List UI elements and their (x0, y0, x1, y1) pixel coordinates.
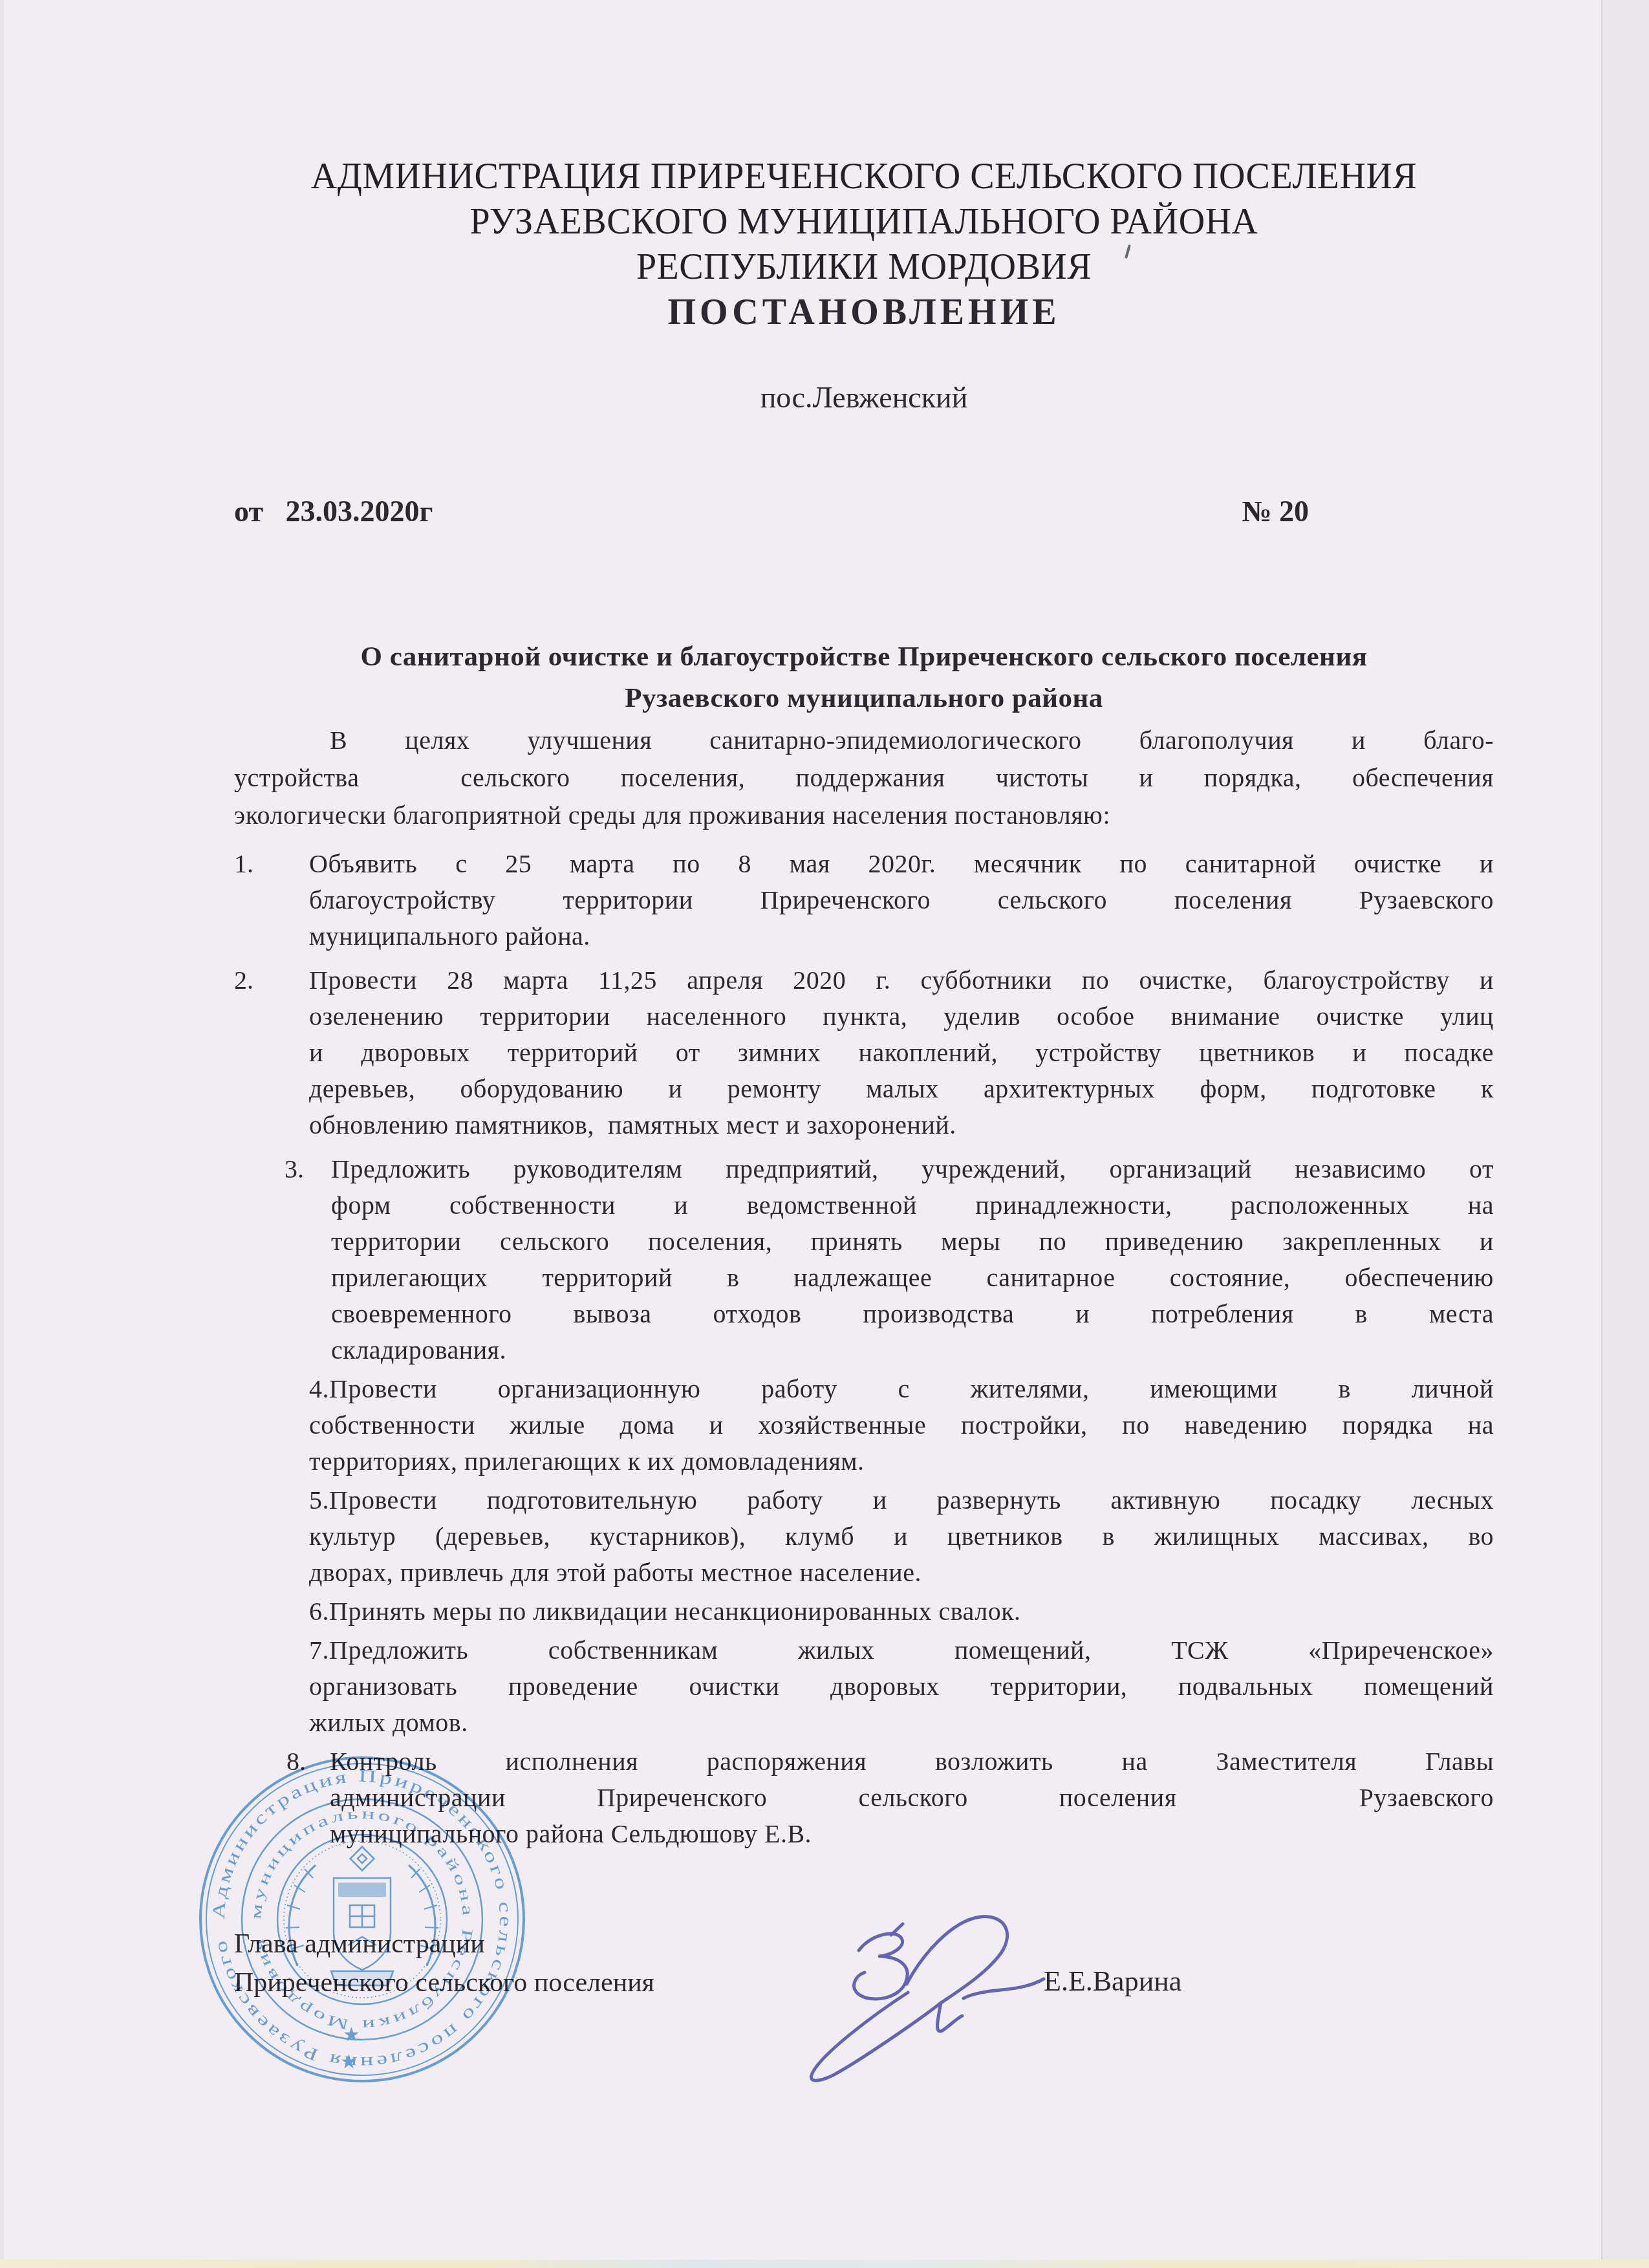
page-right-scan-band (1601, 0, 1649, 2268)
item-number: 2. (234, 962, 253, 999)
signature-tail-stroke (964, 1979, 1044, 1998)
text-line: деревьев, оборудованию и ремонту малых а… (309, 1071, 1494, 1107)
document-date: от 23.03.2020г (234, 494, 433, 528)
official-round-stamp: Администрация Приреченского сельского по… (194, 1751, 530, 2088)
text-line: территориях, прилегающих к их домовладен… (309, 1443, 1494, 1480)
list-item: 6.Принять меры по ликвидации несанкциони… (234, 1593, 1494, 1630)
text-line: организовать проведение очистки дворовых… (309, 1669, 1494, 1705)
emblem-wreath-left (289, 1865, 316, 1966)
document-title: О санитарной очистке и благоустройстве П… (234, 636, 1494, 719)
stamp-emblem (286, 1847, 438, 1985)
signature-letter-stroke (854, 1934, 908, 1999)
text-line: РЕСПУБЛИКИ МОРДОВИЯ (234, 244, 1494, 290)
text-line: благоустройству территории Приреченского… (309, 882, 1494, 918)
page-bottom-scan-strip (0, 2260, 1649, 2268)
text-line: собственности жилые дома и хозяйственные… (309, 1407, 1494, 1443)
text-line: 7.Предложить собственникам жилых помещен… (309, 1632, 1494, 1669)
stamp-star: ★ (340, 2051, 358, 2073)
emblem-wreath-right (409, 1865, 435, 1966)
list-item: 2. Провести 28 марта 11,25 апреля 2020 г… (234, 962, 1494, 1143)
text-line: Провести 28 марта 11,25 апреля 2020 г. с… (309, 962, 1494, 999)
emblem-top-ornament (350, 1847, 374, 1871)
emblem-window-panes (350, 1905, 374, 1927)
emblem-ribbon (331, 1971, 393, 1985)
item-text: Объявить с 25 марта по 8 мая 2020г. меся… (309, 846, 1494, 955)
text-line: Объявить с 25 марта по 8 мая 2020г. меся… (309, 846, 1494, 882)
text-line: и дворовых территорий от зимних накоплен… (309, 1035, 1494, 1071)
item-number: 3. (285, 1151, 304, 1187)
text-line: РУЗАЕВСКОГО МУНИЦИПАЛЬНОГО РАЙОНА (234, 199, 1494, 244)
item-text: 7.Предложить собственникам жилых помещен… (309, 1632, 1494, 1741)
list-item: 4.Провести организационную работу с жите… (234, 1371, 1494, 1480)
item-text: 5.Провести подготовительную работу и раз… (309, 1482, 1494, 1591)
text-line: экологически благоприятной среды для про… (234, 797, 1494, 834)
emblem-chevron (348, 1937, 376, 1945)
letterhead-organization: АДМИНИСТРАЦИЯ ПРИРЕЧЕНСКОГО СЕЛЬСКОГО ПО… (234, 154, 1494, 290)
item-text: 4.Провести организационную работу с жите… (309, 1371, 1494, 1480)
text-line: устройства сельского поселения, поддержа… (234, 759, 1494, 797)
place-line: пос.Левженский (234, 380, 1494, 415)
emblem-top-ornament-core (358, 1854, 367, 1863)
text-line: муниципального района. (309, 918, 1494, 955)
text-line: территории сельского поселения, принять … (331, 1224, 1494, 1260)
date-and-number-row: от 23.03.2020г № 20 (234, 494, 1494, 528)
signature-loop-stroke (907, 1917, 1008, 2031)
resolution-items: 1. Объявить с 25 марта по 8 мая 2020г. м… (234, 846, 1494, 1855)
text-line: жилых домов. (309, 1705, 1494, 1741)
item-number: 1. (234, 846, 253, 882)
emblem-shield-band (338, 1883, 386, 1897)
list-item: 3. Предложить руководителям предприятий,… (234, 1151, 1494, 1368)
scanned-document-page: { "colors": { "paper": "#f0eef2", "text"… (0, 0, 1649, 2268)
text-line: озеленению территории населенного пункта… (309, 999, 1494, 1035)
text-line: 4.Провести организационную работу с жите… (309, 1371, 1494, 1407)
item-text: 6.Принять меры по ликвидации несанкциони… (309, 1593, 1494, 1630)
text-line: прилегающих территорий в надлежащее сани… (331, 1260, 1494, 1296)
item-text: Предложить руководителям предприятий, уч… (331, 1151, 1494, 1368)
list-item: 1. Объявить с 25 марта по 8 мая 2020г. м… (234, 846, 1494, 955)
handwritten-signature-scribble (744, 1863, 1080, 2141)
text-line: форм собственности и ведомственной прина… (331, 1187, 1494, 1224)
page-left-edge-shadow (0, 0, 4, 2268)
list-item: 5.Провести подготовительную работу и раз… (234, 1482, 1494, 1591)
text-line: В целях улучшения санитарно-эпидемиологи… (234, 722, 1494, 759)
text-line: О санитарной очистке и благоустройстве П… (234, 636, 1494, 678)
text-line: Рузаевского муниципального района (234, 678, 1494, 719)
intro-paragraph: В целях улучшения санитарно-эпидемиологи… (234, 722, 1494, 834)
text-line: Предложить руководителям предприятий, уч… (331, 1151, 1494, 1187)
list-item: 7.Предложить собственникам жилых помещен… (234, 1632, 1494, 1741)
text-line: культур (деревьев, кустарников), клумб и… (309, 1518, 1494, 1555)
text-line: АДМИНИСТРАЦИЯ ПРИРЕЧЕНСКОГО СЕЛЬСКОГО ПО… (234, 154, 1494, 199)
document-type-heading: ПОСТАНОВЛЕНИЕ (234, 290, 1494, 335)
item-text: Провести 28 марта 11,25 апреля 2020 г. с… (309, 962, 1494, 1143)
text-line: обновлению памятников, памятных мест и з… (309, 1107, 1494, 1143)
document-number: № 20 (1242, 494, 1309, 528)
signature-descender-stroke (811, 1993, 941, 2080)
text-line: 5.Провести подготовительную работу и раз… (309, 1482, 1494, 1518)
text-line: 6.Принять меры по ликвидации несанкциони… (309, 1593, 1494, 1630)
text-line: своевременного вывоза отходов производст… (331, 1296, 1494, 1332)
text-line: дворах, привлечь для этой работы местное… (309, 1555, 1494, 1591)
text-line: складирования. (331, 1332, 1494, 1368)
stamp-star: ★ (343, 2024, 360, 2046)
